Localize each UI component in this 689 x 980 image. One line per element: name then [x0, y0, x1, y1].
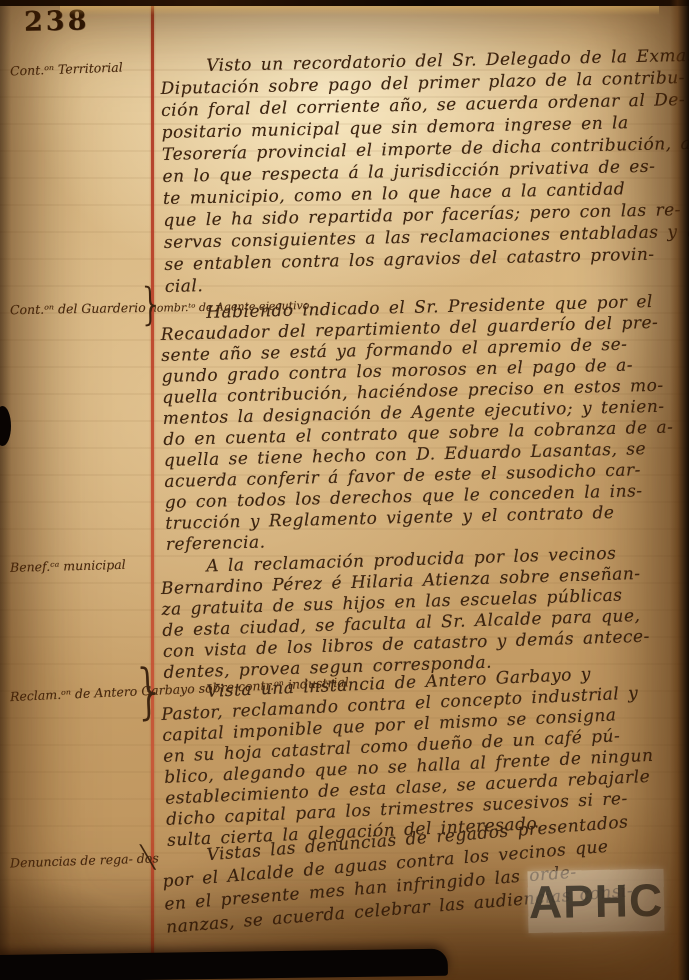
- red-margin-rule: [151, 0, 154, 956]
- manuscript-body: Visto un recordatorio del Sr. Delegado d…: [160, 0, 684, 980]
- margin-note-line: Reclam.ᵒⁿ de Antero: [10, 684, 138, 705]
- acta-paragraph-beneficencia: A la reclamación producida por los vecin…: [160, 543, 651, 684]
- margin-note-guarderio-agente: Cont.ᵒⁿ del Guarderio nombr.ᵗᵒ de Agente…: [10, 299, 152, 319]
- margin-note-line: Cont.ᵒⁿ del Guarderio: [10, 300, 146, 317]
- acta-paragraph-contribucion-territorial: Visto un recordatorio del Sr. Delegado d…: [160, 45, 689, 298]
- margin-note-line: Denuncias de rega-: [10, 851, 133, 870]
- margin-note-line: Cont.ᵒⁿ Territorial: [10, 60, 123, 79]
- photo-bottom-background: [0, 949, 448, 980]
- page-right-edge: [670, 0, 689, 980]
- archive-watermark-stamp: APHC: [527, 869, 664, 933]
- manuscript-photo: 238 Cont.ᵒⁿ Territorial Cont.ᵒⁿ del Guar…: [0, 0, 689, 980]
- margin-note-line: Benef.ᶜᵃ municipal: [10, 557, 126, 575]
- page-left-edge: [0, 0, 11, 980]
- margin-brace: ⟍: [135, 847, 159, 870]
- photo-top-glow: [60, 6, 659, 15]
- acta-paragraph-guarderio: Habiendo indicado el Sr. Presidente que …: [160, 292, 676, 556]
